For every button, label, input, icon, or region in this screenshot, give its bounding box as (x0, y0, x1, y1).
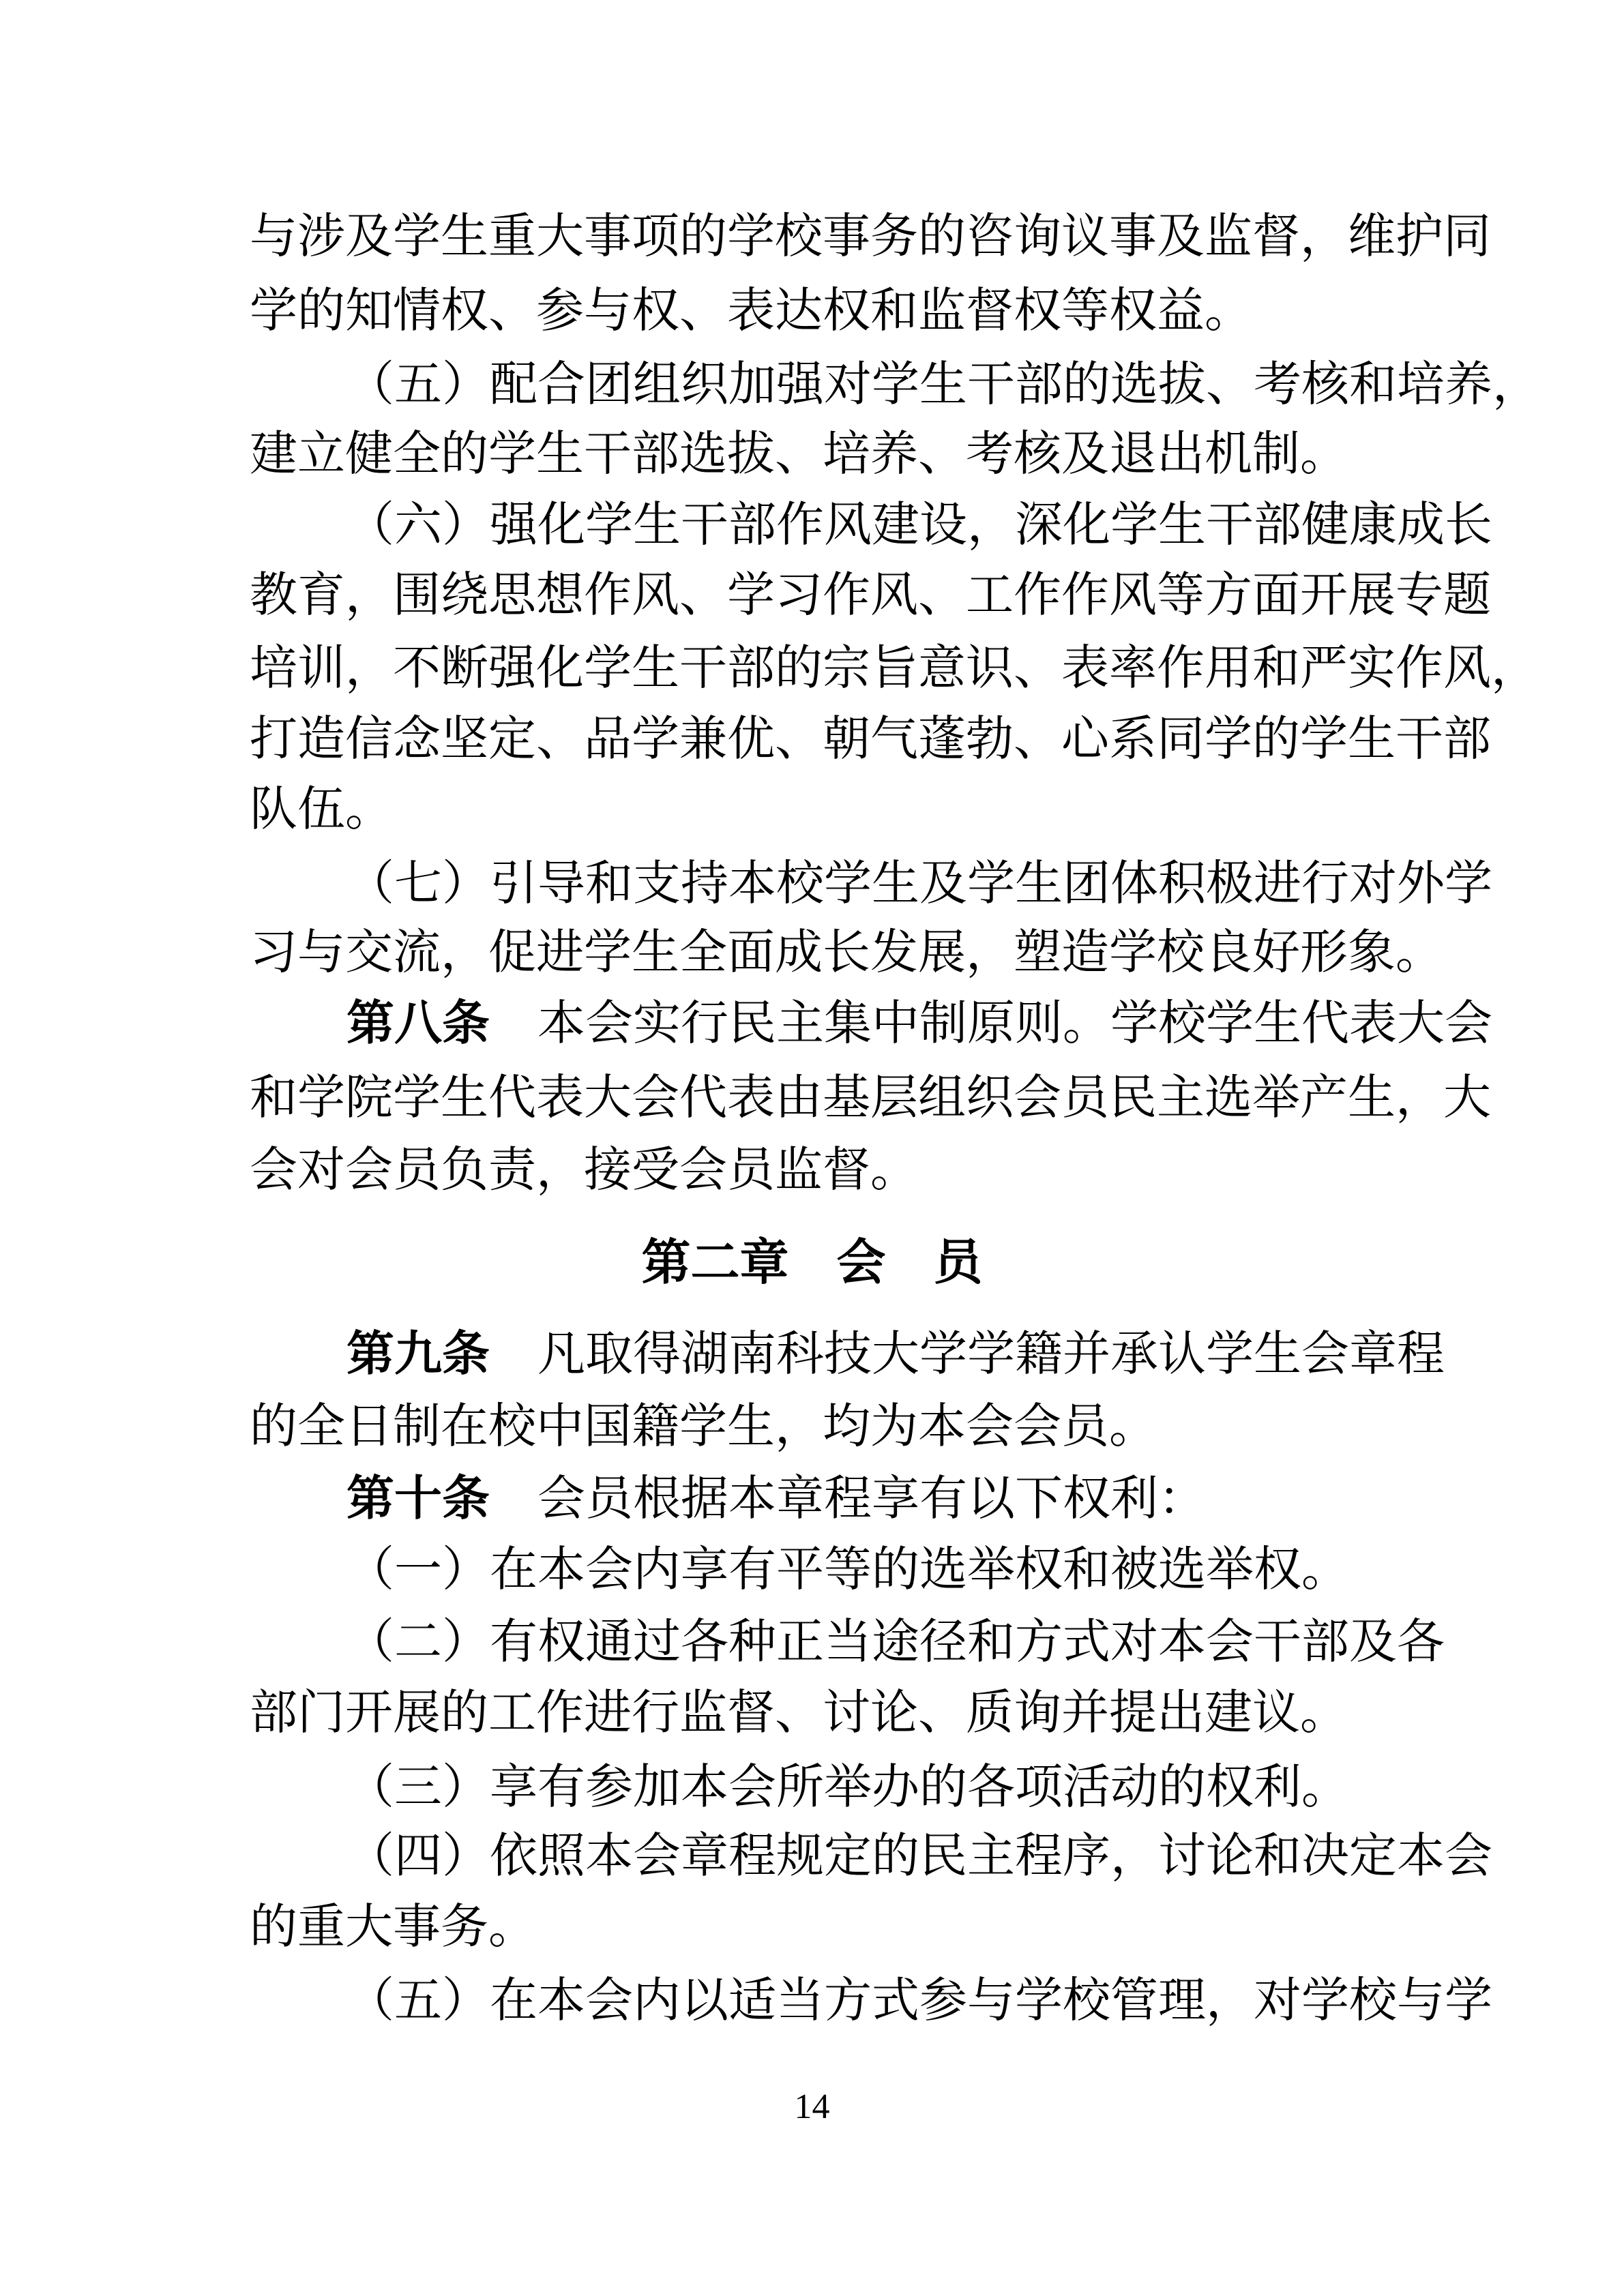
body-line: 队伍。 (250, 773, 1387, 844)
right-item-5: （五）在本会内以适当方式参与学校管理，对学校与学 (346, 1965, 1387, 2036)
article-9-line-2: 的全日制在校中国籍学生，均为本会会员。 (250, 1390, 1387, 1461)
article-9-label: 第九条 (346, 1326, 490, 1382)
article-8-text: 本会实行民主集中制原则。学校学生代表大会 (537, 995, 1492, 1051)
article-10-text: 会员根据本章程享有以下权利： (537, 1470, 1206, 1526)
article-8-line-3: 会对会员负责，接受会员监督。 (250, 1134, 1387, 1205)
body-line: 与涉及学生重大事项的学校事务的咨询议事及监督，维护同 (250, 200, 1387, 271)
article-8-line-2: 和学院学生代表大会代表由基层组织会员民主选举产生，大 (250, 1062, 1387, 1133)
right-item-3: （三）享有参加本会所举办的各项活动的权利。 (346, 1751, 1387, 1822)
chapter-heading: 第二章会员 (0, 1225, 1624, 1300)
body-line: 习与交流，促进学生全面成长发展，塑造学校良好形象。 (250, 916, 1387, 987)
document-page: 与涉及学生重大事项的学校事务的咨询议事及监督，维护同 学的知情权、参与权、表达权… (0, 0, 1624, 2296)
clause-5: （五）配合团组织加强对学生干部的选拔、考核和培养， (346, 348, 1387, 419)
clause-7: （七）引导和支持本校学生及学生团体积极进行对外学 (346, 848, 1387, 919)
right-item-2: （二）有权通过各种正当途径和方式对本会干部及各 (346, 1606, 1387, 1677)
chapter-title-1: 会 (836, 1234, 885, 1291)
page-number: 14 (0, 2087, 1624, 2127)
article-9-text: 凡取得湖南科技大学学籍并承认学生会章程 (537, 1326, 1445, 1382)
right-item-4: （四）依照本会章程规定的民主程序，讨论和决定本会 (346, 1820, 1387, 1891)
right-item-2-cont: 部门开展的工作进行监督、讨论、质询并提出建议。 (250, 1677, 1387, 1748)
body-line: 学的知情权、参与权、表达权和监督权等权益。 (250, 275, 1387, 346)
article-8-label: 第八条 (346, 995, 490, 1051)
chapter-title-2: 员 (934, 1234, 983, 1291)
chapter-number: 第二章 (641, 1234, 788, 1291)
clause-6: （六）强化学生干部作风建设，深化学生干部健康成长 (346, 489, 1387, 560)
body-line: 打造信念坚定、品学兼优、朝气蓬勃、心系同学的学生干部 (250, 703, 1387, 774)
right-item-1: （一）在本会内享有平等的选举权和被选举权。 (346, 1534, 1387, 1605)
article-10-label: 第十条 (346, 1470, 490, 1526)
body-line: 建立健全的学生干部选拔、培养、考核及退出机制。 (250, 418, 1387, 489)
body-line: 培训，不断强化学生干部的宗旨意识、表率作用和严实作风， (250, 632, 1387, 703)
right-item-4-cont: 的重大事务。 (250, 1891, 1387, 1962)
article-10-line-1: 第十条会员根据本章程享有以下权利： (346, 1463, 1387, 1534)
body-line: 教育，围绕思想作风、学习作风、工作作风等方面开展专题 (250, 559, 1387, 630)
article-9-line-1: 第九条凡取得湖南科技大学学籍并承认学生会章程 (346, 1318, 1387, 1389)
article-8-line-1: 第八条本会实行民主集中制原则。学校学生代表大会 (346, 987, 1387, 1058)
